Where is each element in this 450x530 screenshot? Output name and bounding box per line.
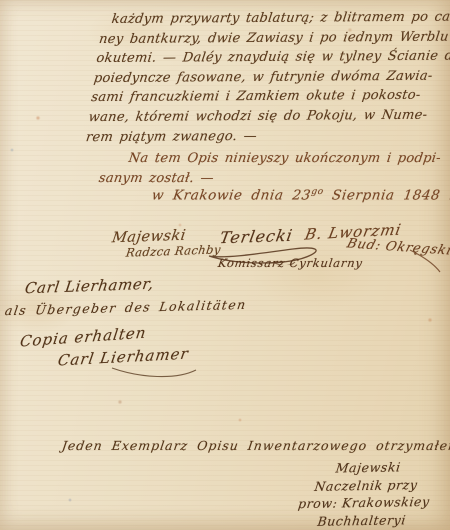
manuscript-line: sanym został. — [98,169,448,189]
signature-tail-flourish [408,248,444,274]
manuscript-line: rem piątym zwanego. — [85,125,435,147]
receipt-statement: Jeden Exemplarz Opisu Inwentarzowego otr… [61,438,450,453]
dateline-prefix: w Krakowie dnia 23 [151,188,312,204]
copy-note: Copia erhalten [19,323,148,350]
manuscript-line: okutemi. — Daléy znayduią się w tylney Ś… [95,47,445,69]
inventory-paragraph: każdym przywarty tablaturą; z blitramem … [85,8,450,148]
dateline-suffix: Sierpnia 1848 r. [322,188,450,204]
signature-terlecki-title: Komissarz Cyrkularny [217,256,364,270]
manuscript-page: każdym przywarty tablaturą; z blitramem … [0,0,450,530]
closing-paragraph: Na tem Opis ninieyszy ukończonym i podpi… [98,149,450,188]
receipt-signer-line: Buchhalteryi [294,511,430,530]
manuscript-line: wane, któremi wchodzi się do Pokoju, w N… [87,106,437,128]
handover-role: als Übergeber des Lokalitäten [4,297,248,318]
receipt-signer-line: prow: Krakowskiey [296,493,432,513]
manuscript-line: poiedyncze fasowane, w futrynie dwóma Za… [93,66,443,88]
manuscript-line: Na tem Opis ninieyszy ukończonym i podpi… [100,149,450,169]
manuscript-line: ney bantkurzy, dwie Zawiasy i po iednym … [98,27,448,49]
manuscript-line: sami francuzkiemi i Zamkiem okute i poko… [90,86,440,108]
copy-signature-flourish [110,364,200,384]
dateline: w Krakowie dnia 23go Sierpnia 1848 r. [151,187,450,204]
receipt-signer-block: Majewski Naczelnik przy prow: Krakowskie… [294,458,437,530]
handover-name: Carl Lierhamer, [24,275,155,298]
manuscript-line: każdym przywarty tablaturą; z blitramem … [100,8,450,30]
